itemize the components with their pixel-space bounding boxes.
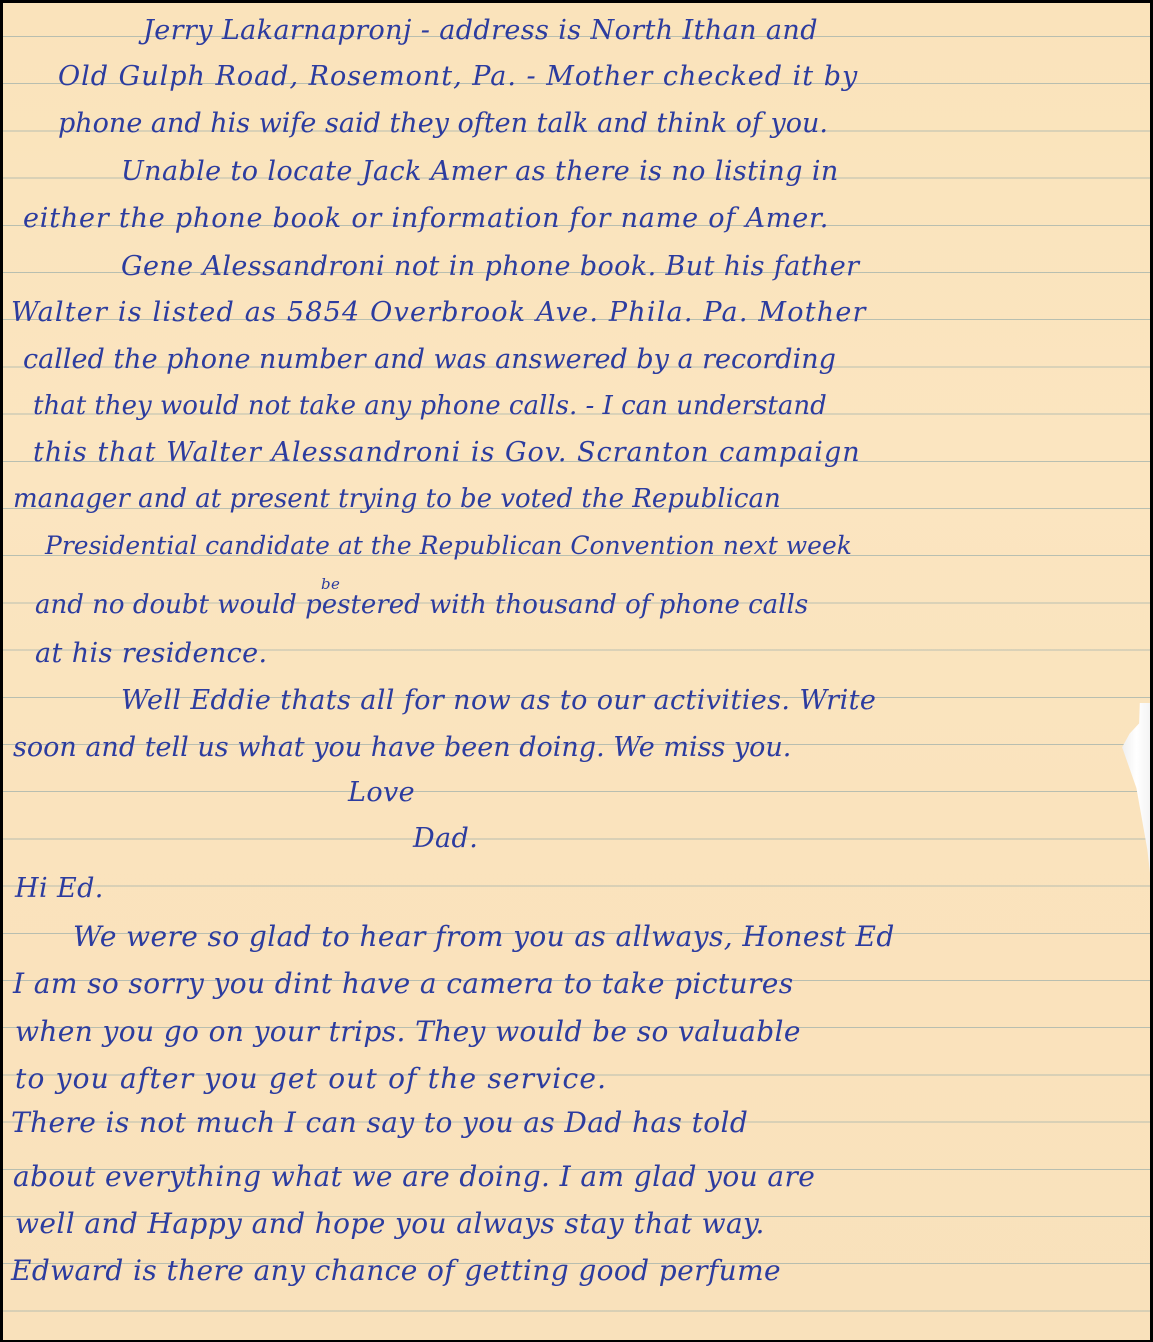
closing: Love	[348, 779, 415, 806]
letter-line: well and Happy and hope you always stay …	[15, 1210, 765, 1238]
letter-line: Well Eddie thats all for now as to our a…	[121, 687, 876, 714]
letter-line: at his residence.	[35, 640, 268, 667]
letter-line: soon and tell us what you have been doin…	[13, 734, 791, 761]
letter-line: and no doubt would pestered with thousan…	[35, 592, 808, 618]
letter-line: Edward is there any chance of getting go…	[11, 1257, 781, 1285]
letter-line: Walter is listed as 5854 Overbrook Ave. …	[11, 299, 867, 326]
letter-line: manager and at present trying to be vote…	[13, 486, 781, 512]
letter-line: There is not much I can say to you as Da…	[11, 1109, 748, 1137]
letter-line: Gene Alessandroni not in phone book. But…	[121, 253, 859, 280]
torn-edge	[1116, 703, 1150, 873]
letter-line: Old Gulph Road, Rosemont, Pa. - Mother c…	[58, 63, 858, 90]
letter-line: Presidential candidate at the Republican…	[45, 533, 852, 558]
letter-line: called the phone number and was answered…	[23, 346, 836, 373]
letter-line: this that Walter Alessandroni is Gov. Sc…	[33, 439, 861, 466]
letter-line: either the phone book or information for…	[23, 205, 829, 232]
letter-line: I am so sorry you dint have a camera to …	[13, 970, 793, 998]
letter-line: that they would not take any phone calls…	[33, 393, 827, 419]
letter-line: when you go on your trips. They would be…	[15, 1018, 801, 1046]
letter-page: Jerry Lakarnapronj - address is North It…	[3, 3, 1150, 1340]
letter-line: about everything what we are doing. I am…	[13, 1163, 815, 1191]
letter-line: to you after you get out of the service.	[15, 1065, 607, 1093]
signature: Dad.	[413, 825, 478, 852]
letter-line: Unable to locate Jack Amer as there is n…	[121, 158, 839, 185]
letter-line: We were so glad to hear from you as allw…	[73, 923, 895, 951]
letter-line: Jerry Lakarnapronj - address is North It…	[143, 17, 818, 44]
greeting: Hi Ed.	[15, 875, 104, 902]
letter-line: phone and his wife said they often talk …	[58, 110, 828, 137]
